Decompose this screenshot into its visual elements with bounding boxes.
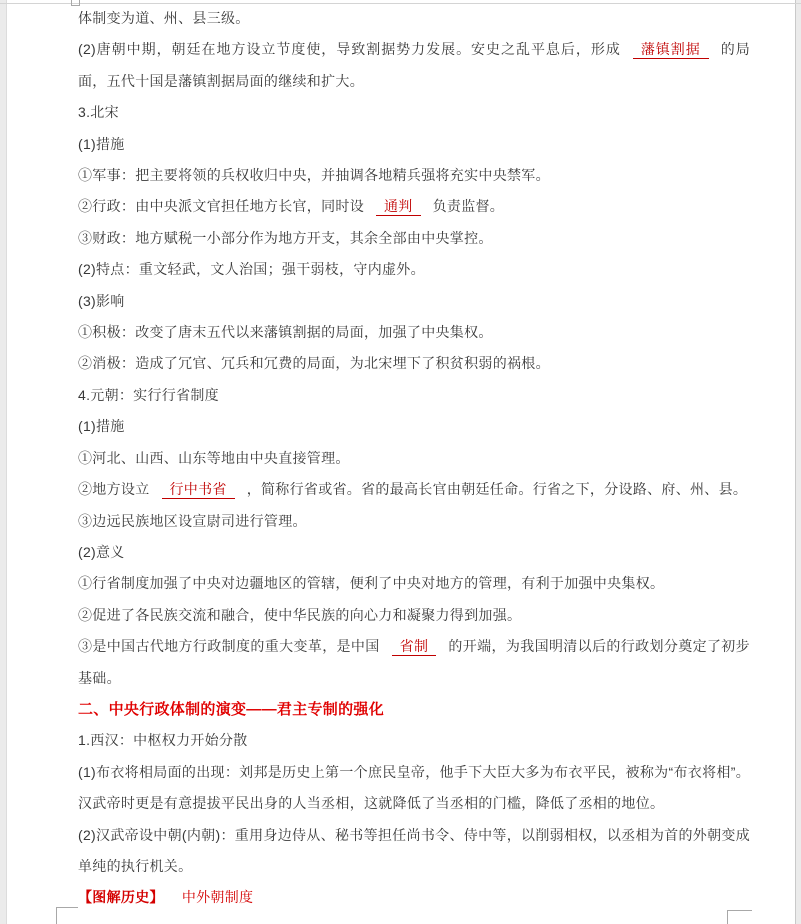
text-run: 3.北宋 [78,104,119,120]
paragraph: ③边远民族地区设宣尉司进行管理。 [78,506,750,537]
paragraph: (2)汉武帝设中朝(内朝)：重用身边侍从、秘书等担任尚书令、侍中等，以削弱相权，… [78,820,750,883]
paragraph: ③财政：地方赋税一小部分作为地方开支，其余全部由中央掌控。 [78,223,750,254]
text-run: (1)措施 [78,418,125,434]
text-run: 体制变为道、州、县三级。 [78,10,250,26]
section-heading: 二、中央行政体制的演变——君主专制的强化 [78,694,750,725]
text-run: ①行省制度加强了中央对边疆地区的管辖，便利了中央对地方的管理，有利于加强中央集权… [78,575,664,591]
page-left-edge [0,0,7,924]
text-run: 中外朝制度 [182,889,254,905]
paragraph: ③是中国古代地方行政制度的重大变革，是中国省制的开端，为我国明清以后的行政划分奠… [78,631,750,694]
fill-in-answer-term: 省制 [392,638,437,656]
paragraph: 1.西汉：中枢权力开始分散 [78,725,750,756]
paragraph: (2)特点：重文轻武，文人治国；强干弱枝，守内虚外。 [78,254,750,285]
paragraph: (3)影响 [78,286,750,317]
paragraph: ①河北、山西、山东等地由中央直接管理。 [78,443,750,474]
paragraph: 4.元朝：实行行省制度 [78,380,750,411]
text-run: ②地方设立 [78,481,150,497]
text-run: ①积极：改变了唐末五代以来藩镇割据的局面，加强了中央集权。 [78,324,493,340]
paragraph: (2)意义 [78,537,750,568]
fill-in-answer-term: 行中书省 [162,481,235,499]
text-run: (2)汉武帝设中朝(内朝)：重用身边侍从、秘书等担任尚书令、侍中等，以削弱相权，… [78,827,750,874]
fill-in-answer-term: 藩镇割据 [633,41,709,59]
text-run: 负责监督。 [433,198,505,214]
paragraph: (1)措施 [78,129,750,160]
text-run: ③边远民族地区设宣尉司进行管理。 [78,513,307,529]
text-run: 1.西汉：中枢权力开始分散 [78,732,248,748]
callout-line: 【图解历史】中外朝制度 [78,882,750,913]
document-canvas: 体制变为道、州、县三级。(2)唐朝中期，朝廷在地方设立节度使，导致割据势力发展。… [0,0,801,924]
paragraph: ②地方设立行中书省，简称行省或省。省的最高长官由朝廷任命。行省之下，分设路、府、… [78,474,750,505]
paragraph: 体制变为道、州、县三级。 [78,3,750,34]
paragraph: ②消极：造成了冗官、冗兵和冗费的局面，为北宋埋下了积贫积弱的祸根。 [78,348,750,379]
text-run: 二、中央行政体制的演变——君主专制的强化 [78,701,384,718]
paragraph: 3.北宋 [78,97,750,128]
paragraph: ②促进了各民族交流和融合，使中华民族的向心力和凝聚力得到加强。 [78,600,750,631]
text-run: (3)影响 [78,293,125,309]
text-run: ③是中国古代地方行政制度的重大变革，是中国 [78,638,380,654]
paragraph: ①行省制度加强了中央对边疆地区的管辖，便利了中央对地方的管理，有利于加强中央集权… [78,568,750,599]
text-run: ①河北、山西、山东等地由中央直接管理。 [78,450,350,466]
text-run: ①军事：把主要将领的兵权收归中央，并抽调各地精兵强将充实中央禁军。 [78,167,550,183]
fill-in-answer-term: 通判 [376,198,421,216]
text-run: (1)布衣将相局面的出现：刘邦是历史上第一个庶民皇帝，他手下大臣大多为布衣平民，… [78,764,750,811]
text-run: ③财政：地方赋税一小部分作为地方开支，其余全部由中央掌控。 [78,230,493,246]
text-boundary-mark-bottom-left [56,907,78,908]
paragraph: ①军事：把主要将领的兵权收归中央，并抽调各地精兵强将充实中央禁军。 [78,160,750,191]
paragraph: (1)措施 [78,411,750,442]
document-body[interactable]: 体制变为道、州、县三级。(2)唐朝中期，朝廷在地方设立节度使，导致割据势力发展。… [78,3,750,914]
text-run: ②消极：造成了冗官、冗兵和冗费的局面，为北宋埋下了积贫积弱的祸根。 [78,355,550,371]
paragraph: ①积极：改变了唐末五代以来藩镇割据的局面，加强了中央集权。 [78,317,750,348]
text-run: ②促进了各民族交流和融合，使中华民族的向心力和凝聚力得到加强。 [78,607,521,623]
callout-label: 【图解历史】 [78,889,164,905]
text-run: (2)特点：重文轻武，文人治国；强干弱枝，守内虚外。 [78,261,425,277]
text-run: (1)措施 [78,136,125,152]
paragraph: ②行政：由中央派文官担任地方长官，同时设通判负责监督。 [78,191,750,222]
text-run: (2)唐朝中期，朝廷在地方设立节度使，导致割据势力发展。安史之乱平息后，形成 [78,41,621,57]
text-run: ②行政：由中央派文官担任地方长官，同时设 [78,198,364,214]
page-right-edge [795,0,801,924]
text-run: ，简称行省或省。省的最高长官由朝廷任命。行省之下，分设路、府、州、县。 [247,481,748,497]
text-run: 4.元朝：实行行省制度 [78,387,219,403]
text-run: (2)意义 [78,544,125,560]
paragraph: (1)布衣将相局面的出现：刘邦是历史上第一个庶民皇帝，他手下大臣大多为布衣平民，… [78,757,750,820]
paragraph: (2)唐朝中期，朝廷在地方设立节度使，导致割据势力发展。安史之乱平息后，形成藩镇… [78,34,750,97]
text-boundary-mark-bottom-left [56,907,57,924]
